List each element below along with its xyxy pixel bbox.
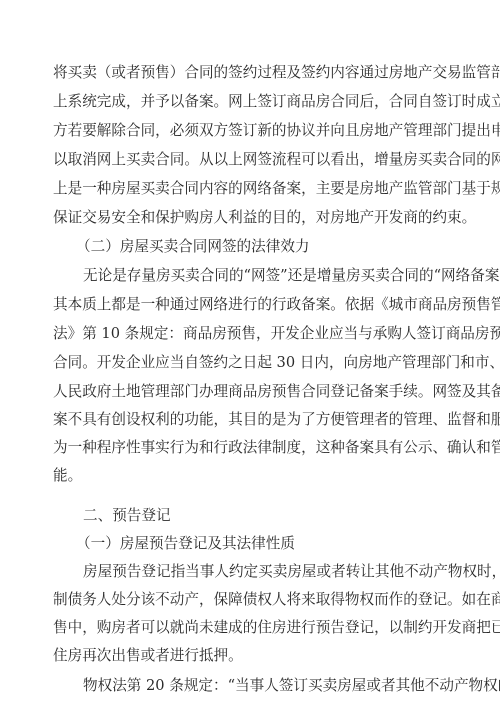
section-heading: 二、预告登记 xyxy=(83,506,447,526)
paragraph-line: 保证交易安全和保护购房人利益的目的，对房地产开发商的约束。 xyxy=(53,208,447,228)
paragraph-line: 案不具有创设权利的功能，其目的是为了方便管理者的管理、监督和服务。作 xyxy=(53,410,447,430)
paragraph-line: 能。 xyxy=(53,466,447,486)
document-page: 将买卖（或者预售）合同的签约过程及签约内容通过房地产交易监管部门的网 上系统完成… xyxy=(0,0,500,707)
section-heading: （二）房屋买卖合同网签的法律效力 xyxy=(76,237,440,257)
paragraph-line: 上是一种房屋买卖合同内容的网络备案，主要是房地产监管部门基于规范市场 xyxy=(53,179,447,199)
paragraph-line: 以取消网上买卖合同。从以上网签流程可以看出，增量房买卖合同的网签实际 xyxy=(53,150,447,170)
paragraph-line: 无论是存量房买卖合同的“网签”还是增量房买卖合同的“网络备案”， xyxy=(83,266,447,286)
paragraph-line: 人民政府土地管理部门办理商品房预售合同登记备案手续。网签及其备 xyxy=(53,382,447,402)
paragraph-line: 制债务人处分该不动产，保障债权人将来取得物权而作的登记。如在商品房预 xyxy=(53,590,447,610)
paragraph-line: 物权法第 20 条规定：“当事人签订买卖房屋或者其他不动产物权的协议， xyxy=(83,676,447,696)
paragraph-line: 售中，购房者可以就尚未建成的住房进行预告登记，以制约开发商把已出售的 xyxy=(53,618,447,638)
paragraph-line: 住房再次出售或者进行抵押。 xyxy=(53,646,447,666)
paragraph-line: 其本质上都是一种通过网络进行的行政备案。依据《城市商品房预售管理办 xyxy=(53,295,447,315)
paragraph-line: 方若要解除合同，必须双方签订新的协议并向且房地产管理部门提出申请才可 xyxy=(53,121,447,141)
paragraph-line: 合同。开发企业应当自签约之日起 30 日内，向房地产管理部门和市、县 xyxy=(53,353,447,373)
paragraph-line: 法》第 10 条规定：商品房预售，开发企业应当与承购人签订商品房预售 xyxy=(53,324,447,344)
paragraph-line: 为一种程序性事实行为和行政法律制度，这种备案具有公示、确认和管理的功 xyxy=(53,438,447,458)
subsection-heading: （一）房屋预告登记及其法律性质 xyxy=(76,534,440,554)
paragraph-line: 房屋预告登记指当事人约定买卖房屋或者转让其他不动产物权时，为了限 xyxy=(83,562,447,582)
paragraph-line: 上系统完成，并予以备案。网上签订商品房合同后，合同自签订时成立，签约 xyxy=(53,92,447,112)
paragraph-line: 将买卖（或者预售）合同的签约过程及签约内容通过房地产交易监管部门的网 xyxy=(53,63,447,83)
